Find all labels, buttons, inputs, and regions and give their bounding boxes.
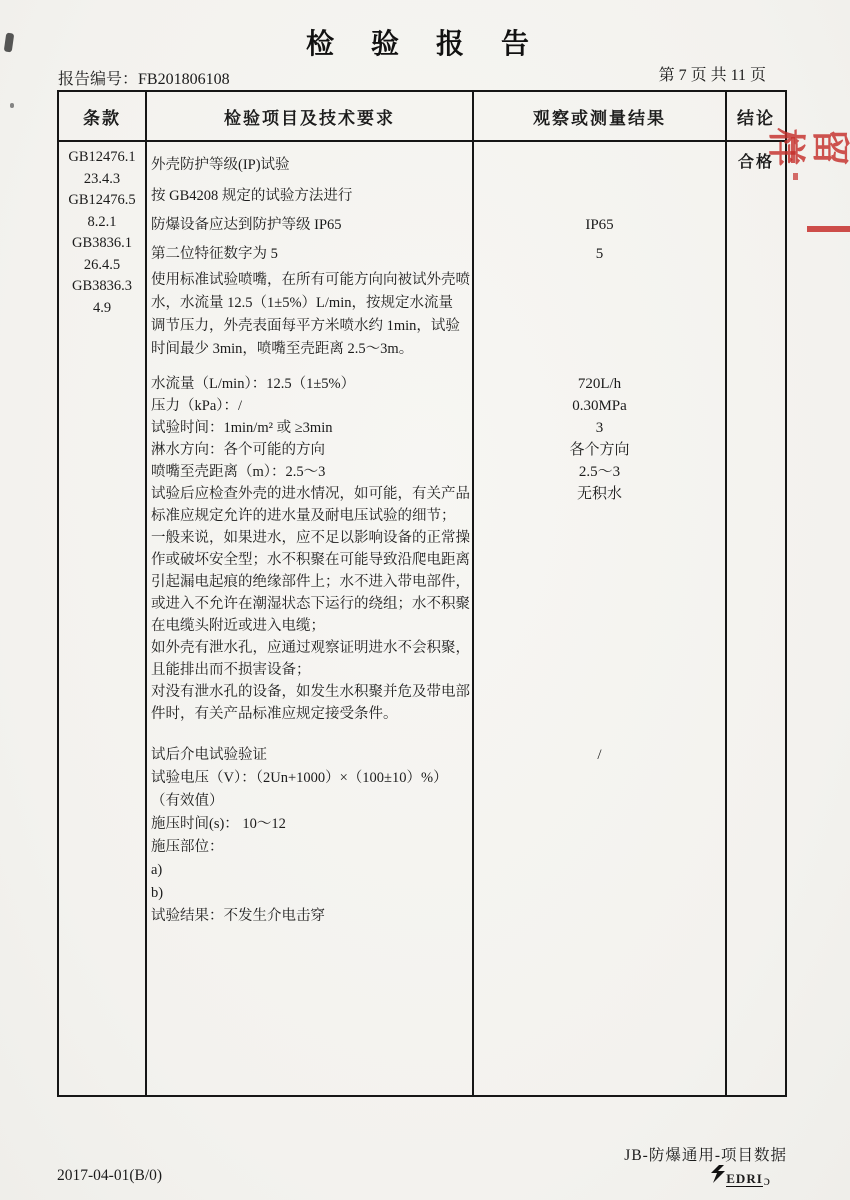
requirement-line: 外壳防护等级(IP)试验 (151, 150, 471, 181)
result-line: 无积水 (474, 483, 725, 505)
requirement-line: 且能排出而不损害设备； (151, 659, 471, 681)
report-number-value: FB201806108 (138, 71, 230, 88)
clause-line: GB12476.5 (59, 190, 145, 212)
result-line: 0.30MPa (474, 395, 725, 417)
requirement-line: 如外壳有泄水孔，应通过观察证明进水不会积聚， (151, 637, 471, 659)
footer-document-code: JB-防爆通用-项目数据 (624, 1143, 787, 1165)
footer-logo: EDRI ɔ (711, 1165, 770, 1187)
requirement-line: 试后介电试验验证 (151, 744, 471, 767)
header-results: 观察或测量结果 (472, 92, 725, 140)
result-line (474, 315, 725, 338)
requirement-line (151, 361, 471, 373)
header-clause: 条款 (59, 92, 145, 140)
requirement-line: 试验时间：1min/m² 或 ≥3min (151, 417, 471, 439)
result-line: 2.5～3 (474, 461, 725, 483)
res-col: IP655720L/h0.30MPa3各个方向2.5～3无积水/ (472, 142, 725, 1097)
footer-revision-date: 2017-04-01(B/0) (57, 1167, 162, 1185)
clause-line: 4.9 (59, 298, 145, 320)
clause-line: GB3836.1 (59, 233, 145, 255)
sedri-s-icon (711, 1165, 725, 1187)
requirement-line: 防爆设备应达到防护等级 IP65 (151, 211, 471, 240)
requirement-line: 调节压力，外壳表面每平方米喷水约 1min，试验 (151, 315, 471, 338)
result-line (474, 361, 725, 373)
result-line (474, 725, 725, 744)
requirement-line: 或进入不允许在潮湿状态下运行的绕组；水不积聚 (151, 593, 471, 615)
result-line (474, 615, 725, 637)
concl-col: 合格 (725, 142, 785, 1097)
requirement-line: 施压部位： (151, 836, 471, 859)
scanned-inspection-report-page: { "doc": { "title": "检 验 报 告", "report_n… (0, 0, 850, 1200)
result-line: IP65 (474, 211, 725, 240)
result-line (474, 767, 725, 790)
result-line: / (474, 744, 725, 767)
result-line (474, 150, 725, 181)
requirement-line: 试验结果：不发生介电击穿 (151, 905, 471, 928)
table-body: GB12476.123.4.3GB12476.58.2.1GB3836.126.… (59, 142, 785, 1097)
clause-line: GB12476.1 (59, 147, 145, 169)
result-line (474, 505, 725, 527)
requirement-line (151, 725, 471, 744)
result-line (474, 813, 725, 836)
requirement-line: 标准应规定允许的进水量及耐电压试验的细节； (151, 505, 471, 527)
red-stamp-bottom-border (807, 226, 850, 232)
header-requirements: 检验项目及技术要求 (145, 92, 472, 140)
result-line (474, 181, 725, 211)
requirement-line: （有效值） (151, 790, 471, 813)
result-line: 5 (474, 240, 725, 269)
footer-logo-hook: ɔ (764, 1174, 770, 1190)
result-line (474, 571, 725, 593)
requirement-line: 按 GB4208 规定的试验方法进行 (151, 181, 471, 211)
footer-logo-text: EDRI (726, 1171, 763, 1187)
requirement-line: 水流量（L/min）：12.5（1±5%） (151, 373, 471, 395)
result-line (474, 859, 725, 882)
clause-line: 23.4.3 (59, 169, 145, 191)
requirement-line: 施压时间(s)： 10～12 (151, 813, 471, 836)
requirement-line: 水，水流量 12.5（1±5%）L/min，按规定水流量 (151, 292, 471, 315)
result-line (474, 637, 725, 659)
requirement-line: 使用标准试验喷嘴，在所有可能方向向被试外壳喷 (151, 269, 471, 292)
requirement-line: 一般来说，如果进水，应不足以影响设备的正常操 (151, 527, 471, 549)
requirement-line: 对没有泄水孔的设备，如发生水积聚并危及带电部 (151, 681, 471, 703)
requirement-line: 淋水方向：各个可能的方向 (151, 439, 471, 461)
result-line (474, 659, 725, 681)
result-line (474, 836, 725, 859)
result-line (474, 790, 725, 813)
red-stamp-border-fragment (791, 137, 795, 163)
requirement-line: 作或破坏安全型；水不积聚在可能导致沿爬电距离 (151, 549, 471, 571)
inspection-table: 条款 检验项目及技术要求 观察或测量结果 结论 GB12476.123.4.3G… (57, 90, 787, 1097)
requirement-line: 时间最少 3min，喷嘴至壳距离 2.5～3m。 (151, 338, 471, 361)
requirement-line: 压力（kPa）：/ (151, 395, 471, 417)
result-line (474, 703, 725, 725)
result-line (474, 549, 725, 571)
requirement-line: a) (151, 859, 471, 882)
requirement-line: 引起漏电起痕的绝缘部件上；水不进入带电部件， (151, 571, 471, 593)
report-number-label: 报告编号： (58, 71, 138, 88)
requirement-line: 喷嘴至壳距离（m）：2.5～3 (151, 461, 471, 483)
report-number: 报告编号：FB201806108 (58, 66, 230, 89)
result-line: 3 (474, 417, 725, 439)
result-line: 720L/h (474, 373, 725, 395)
clause-col: GB12476.123.4.3GB12476.58.2.1GB3836.126.… (59, 142, 145, 1097)
result-line (474, 292, 725, 315)
requirement-line: 试验后应检查外壳的进水情况，如可能，有关产品 (151, 483, 471, 505)
requirement-line: 件时，有关产品标准应规定接受条件。 (151, 703, 471, 725)
clause-line: 8.2.1 (59, 212, 145, 234)
requirement-line: 试验电压（V）：（2Un+1000）×（100±10）%） (151, 767, 471, 790)
result-line (474, 882, 725, 905)
result-line (474, 338, 725, 361)
result-line (474, 905, 725, 928)
result-line (474, 681, 725, 703)
result-line (474, 527, 725, 549)
req-col: 外壳防护等级(IP)试验按 GB4208 规定的试验方法进行防爆设备应达到防护等… (145, 142, 472, 1097)
result-line (474, 593, 725, 615)
page-number: 第 7 页 共 11 页 (659, 62, 766, 85)
requirement-line: 第二位特征数字为 5 (151, 240, 471, 269)
page-title: 检 验 报 告 (0, 22, 850, 62)
result-line: 各个方向 (474, 439, 725, 461)
requirement-line: b) (151, 882, 471, 905)
table-header-row: 条款 检验项目及技术要求 观察或测量结果 结论 (59, 92, 785, 142)
result-line (474, 269, 725, 292)
requirement-line: 在电缆头附近或进入电缆； (151, 615, 471, 637)
clause-line: 26.4.5 (59, 255, 145, 277)
scan-ink-speck (10, 103, 14, 108)
clause-line: GB3836.3 (59, 276, 145, 298)
red-stamp-characters: 留样 (807, 128, 850, 234)
red-stamp-dot (793, 173, 798, 180)
